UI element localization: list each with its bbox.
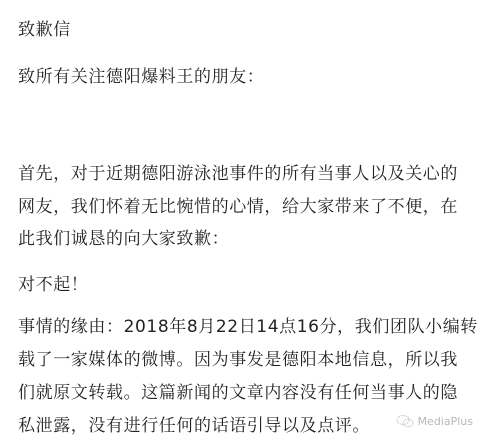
paragraph-line: 首先，对于近期德阳游泳池事件的所有当事人以及关心的 <box>18 163 458 185</box>
wechat-icon <box>396 414 414 428</box>
watermark: MediaPlus <box>396 414 473 428</box>
paragraph-line: 私泄露，没有进行任何的话语引导以及点评。 <box>18 415 370 437</box>
paragraph-line: 网友，我们怀着无比惋惜的心情，给大家带来了不便，在 <box>18 196 458 218</box>
apology-line: 对不起！ <box>18 274 88 296</box>
letter-title: 致歉信 <box>18 19 71 41</box>
watermark-label: MediaPlus <box>418 415 473 428</box>
paragraph-line: 们就原文转载。这篇新闻的文章内容没有任何当事人的隐 <box>18 382 458 404</box>
paragraph-line: 事情的缘由：2018年8月22日14点16分，我们团队小编转 <box>18 316 478 338</box>
paragraph-line: 载了一家媒体的微博。因为事发是德阳本地信息，所以我 <box>18 349 458 371</box>
paragraph-line: 此我们诚恳的向大家致歉： <box>18 228 229 250</box>
letter-greeting: 致所有关注德阳爆料王的朋友： <box>18 66 264 88</box>
